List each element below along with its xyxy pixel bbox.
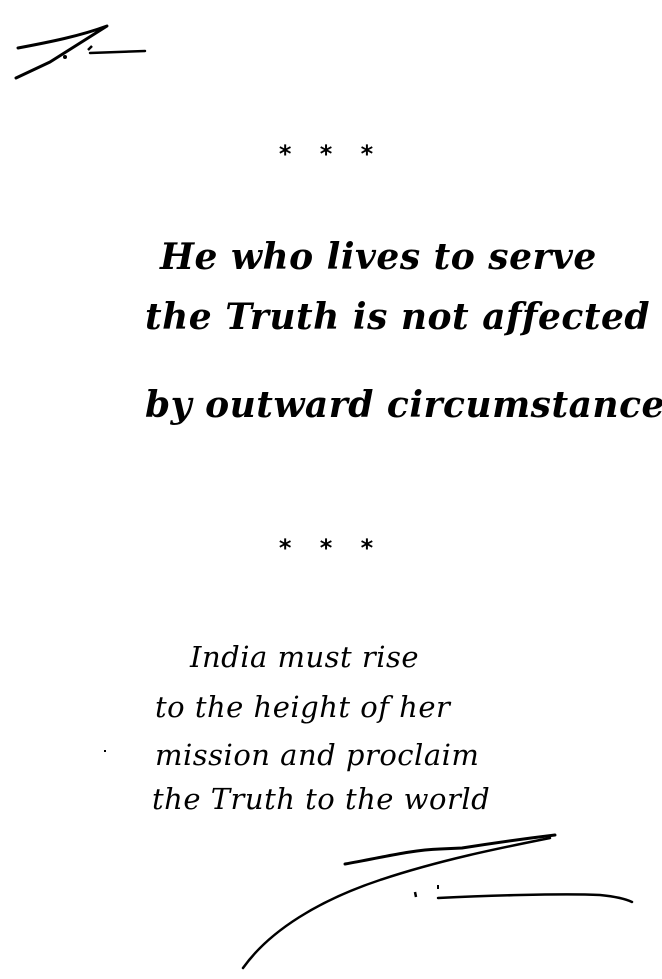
document-page: * * * He who lives to serve the Truth is… xyxy=(0,0,662,979)
stray-mark xyxy=(104,750,106,752)
signature-bottom-icon xyxy=(0,0,662,979)
